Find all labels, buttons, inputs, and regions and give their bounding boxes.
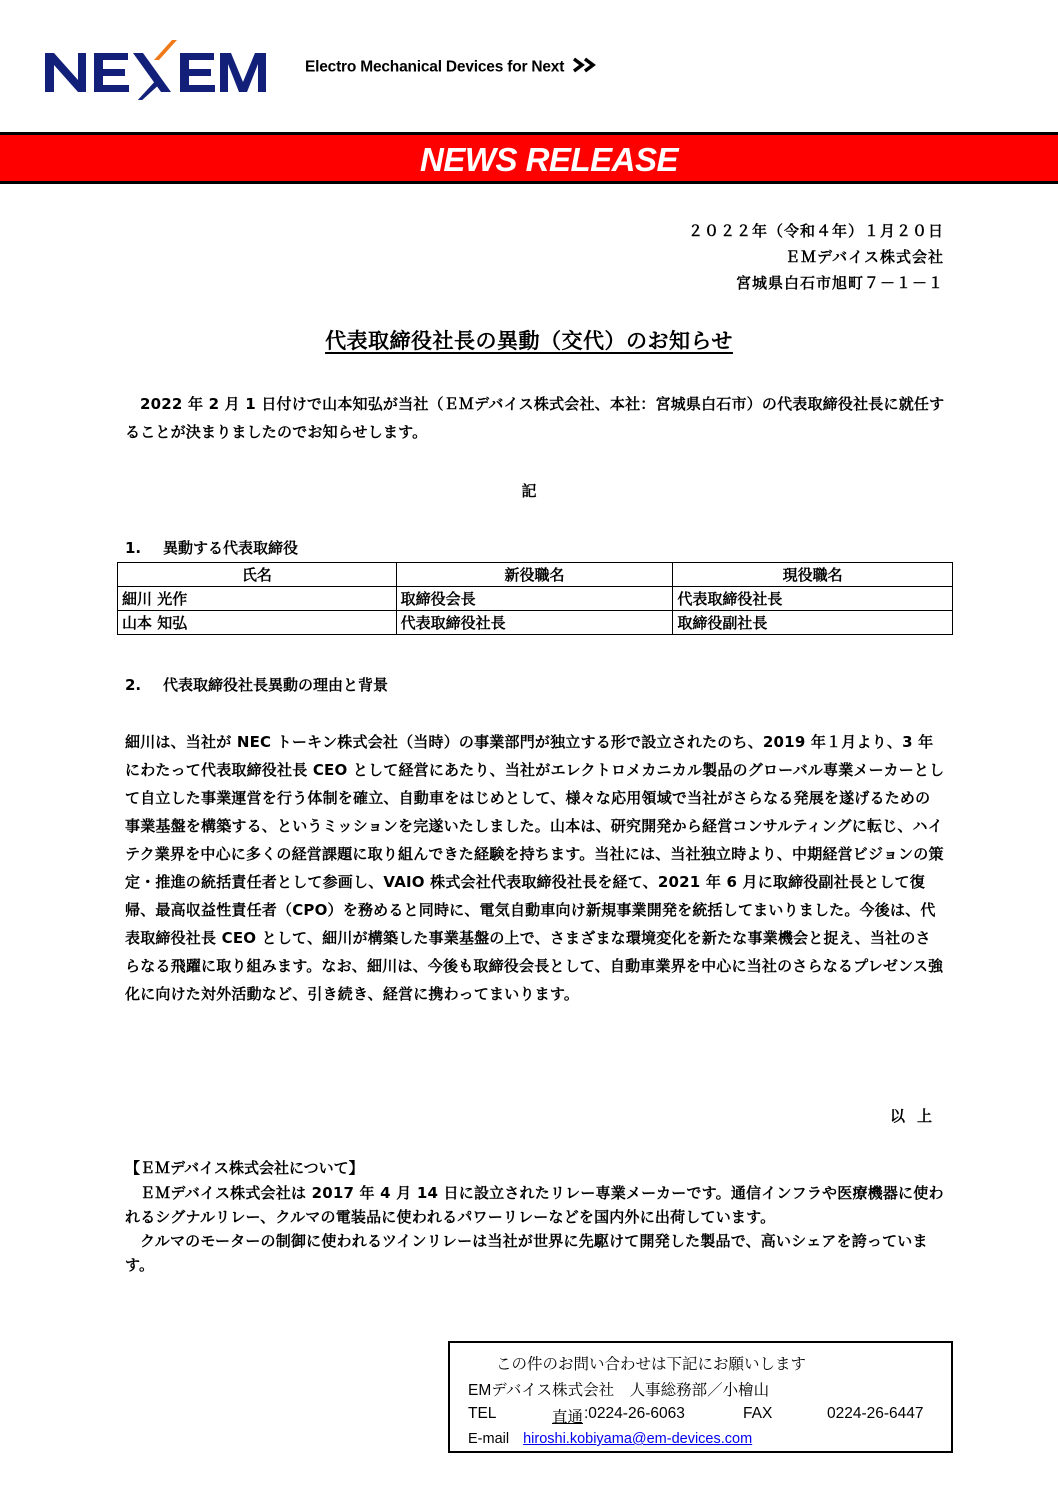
table-header-row: 氏名 新役職名 現役職名 xyxy=(118,563,953,587)
fax-label: FAX xyxy=(743,1405,772,1423)
cell-current-title: 取締役副社長 xyxy=(673,611,953,635)
about-paragraph: ＥＭデバイス株式会社は 2017 年 4 月 14 日に設立されたリレー専業メー… xyxy=(125,1181,945,1229)
release-meta: ２０２２年（令和４年）１月２０日 ＥＭデバイス株式会社 宮城県白石市旭町７－１－… xyxy=(688,218,944,296)
about-heading: 【ＥＭデバイス株式会社について】 xyxy=(125,1157,364,1178)
contact-department: EMデバイス株式会社 人事総務部／小檜山 xyxy=(468,1378,769,1400)
email-link[interactable]: hiroshi.kobiyama@em-devices.com xyxy=(523,1431,752,1447)
about-paragraph: クルマのモーターの制御に使われるツインリレーは当社が世界に先駆けて開発した製品で… xyxy=(125,1229,945,1277)
section-2-heading: 2.代表取締役社長異動の理由と背景 xyxy=(125,674,388,695)
section-title: 異動する代表取締役 xyxy=(163,539,298,557)
document-title-text: 代表取締役社長の異動（交代）のお知らせ xyxy=(325,329,733,353)
fax-number: 0224-26-6447 xyxy=(827,1405,924,1423)
header-current-title: 現役職名 xyxy=(673,563,953,587)
cell-name: 細川 光作 xyxy=(118,587,397,611)
logo-tagline: Electro Mechanical Devices for Next xyxy=(305,57,598,78)
cell-new-title: 代表取締役社長 xyxy=(396,611,673,635)
cell-new-title: 取締役会長 xyxy=(396,587,673,611)
section-number: 1. xyxy=(125,539,163,557)
banner-title: NEWS RELEASE xyxy=(420,141,678,179)
cell-name: 山本 知弘 xyxy=(118,611,397,635)
closing-mark: 以上 xyxy=(890,1105,944,1126)
officer-change-table: 氏名 新役職名 現役職名 細川 光作 取締役会長 代表取締役社長 山本 知弘 代… xyxy=(117,562,953,635)
intro-paragraph: 2022 年 2 月 1 日付けで山本知弘が当社（ＥＭデバイス株式会社、本社：宮… xyxy=(125,390,945,446)
tel-number: :0224-26-6063 xyxy=(584,1405,685,1423)
direct-label: 直通 xyxy=(552,1405,583,1427)
company-name: ＥＭデバイス株式会社 xyxy=(688,244,944,270)
company-address: 宮城県白石市旭町７－１－１ xyxy=(688,270,944,296)
contact-box: この件のお問い合わせは下記にお願いします EMデバイス株式会社 人事総務部／小檜… xyxy=(448,1341,953,1453)
cell-current-title: 代表取締役社長 xyxy=(673,587,953,611)
about-body: ＥＭデバイス株式会社は 2017 年 4 月 14 日に設立されたリレー専業メー… xyxy=(125,1181,945,1277)
section-1-heading: 1.異動する代表取締役 xyxy=(125,537,298,558)
news-release-banner: NEWS RELEASE xyxy=(0,132,1058,184)
table-row: 山本 知弘 代表取締役社長 取締役副社長 xyxy=(118,611,953,635)
table-row: 細川 光作 取締役会長 代表取締役社長 xyxy=(118,587,953,611)
nexem-logo xyxy=(40,40,295,100)
header-new-title: 新役職名 xyxy=(396,563,673,587)
tel-label: TEL xyxy=(468,1405,496,1423)
document-title: 代表取締役社長の異動（交代）のお知らせ xyxy=(0,325,1058,355)
section-number: 2. xyxy=(125,676,163,694)
ki-marker: 記 xyxy=(0,480,1058,501)
tagline-text: Electro Mechanical Devices for Next xyxy=(305,59,564,76)
contact-email-line: E-mailhiroshi.kobiyama@em-devices.com xyxy=(468,1431,752,1447)
email-label: E-mail xyxy=(468,1431,509,1447)
reason-paragraph: 細川は、当社が NEC トーキン株式会社（当時）の事業部門が独立する形で設立され… xyxy=(125,728,945,1008)
section-title: 代表取締役社長異動の理由と背景 xyxy=(163,676,388,694)
release-date: ２０２２年（令和４年）１月２０日 xyxy=(688,218,944,244)
contact-intro: この件のお問い合わせは下記にお願いします xyxy=(496,1352,806,1374)
double-chevron-right-icon xyxy=(572,57,598,78)
header-name: 氏名 xyxy=(118,563,397,587)
